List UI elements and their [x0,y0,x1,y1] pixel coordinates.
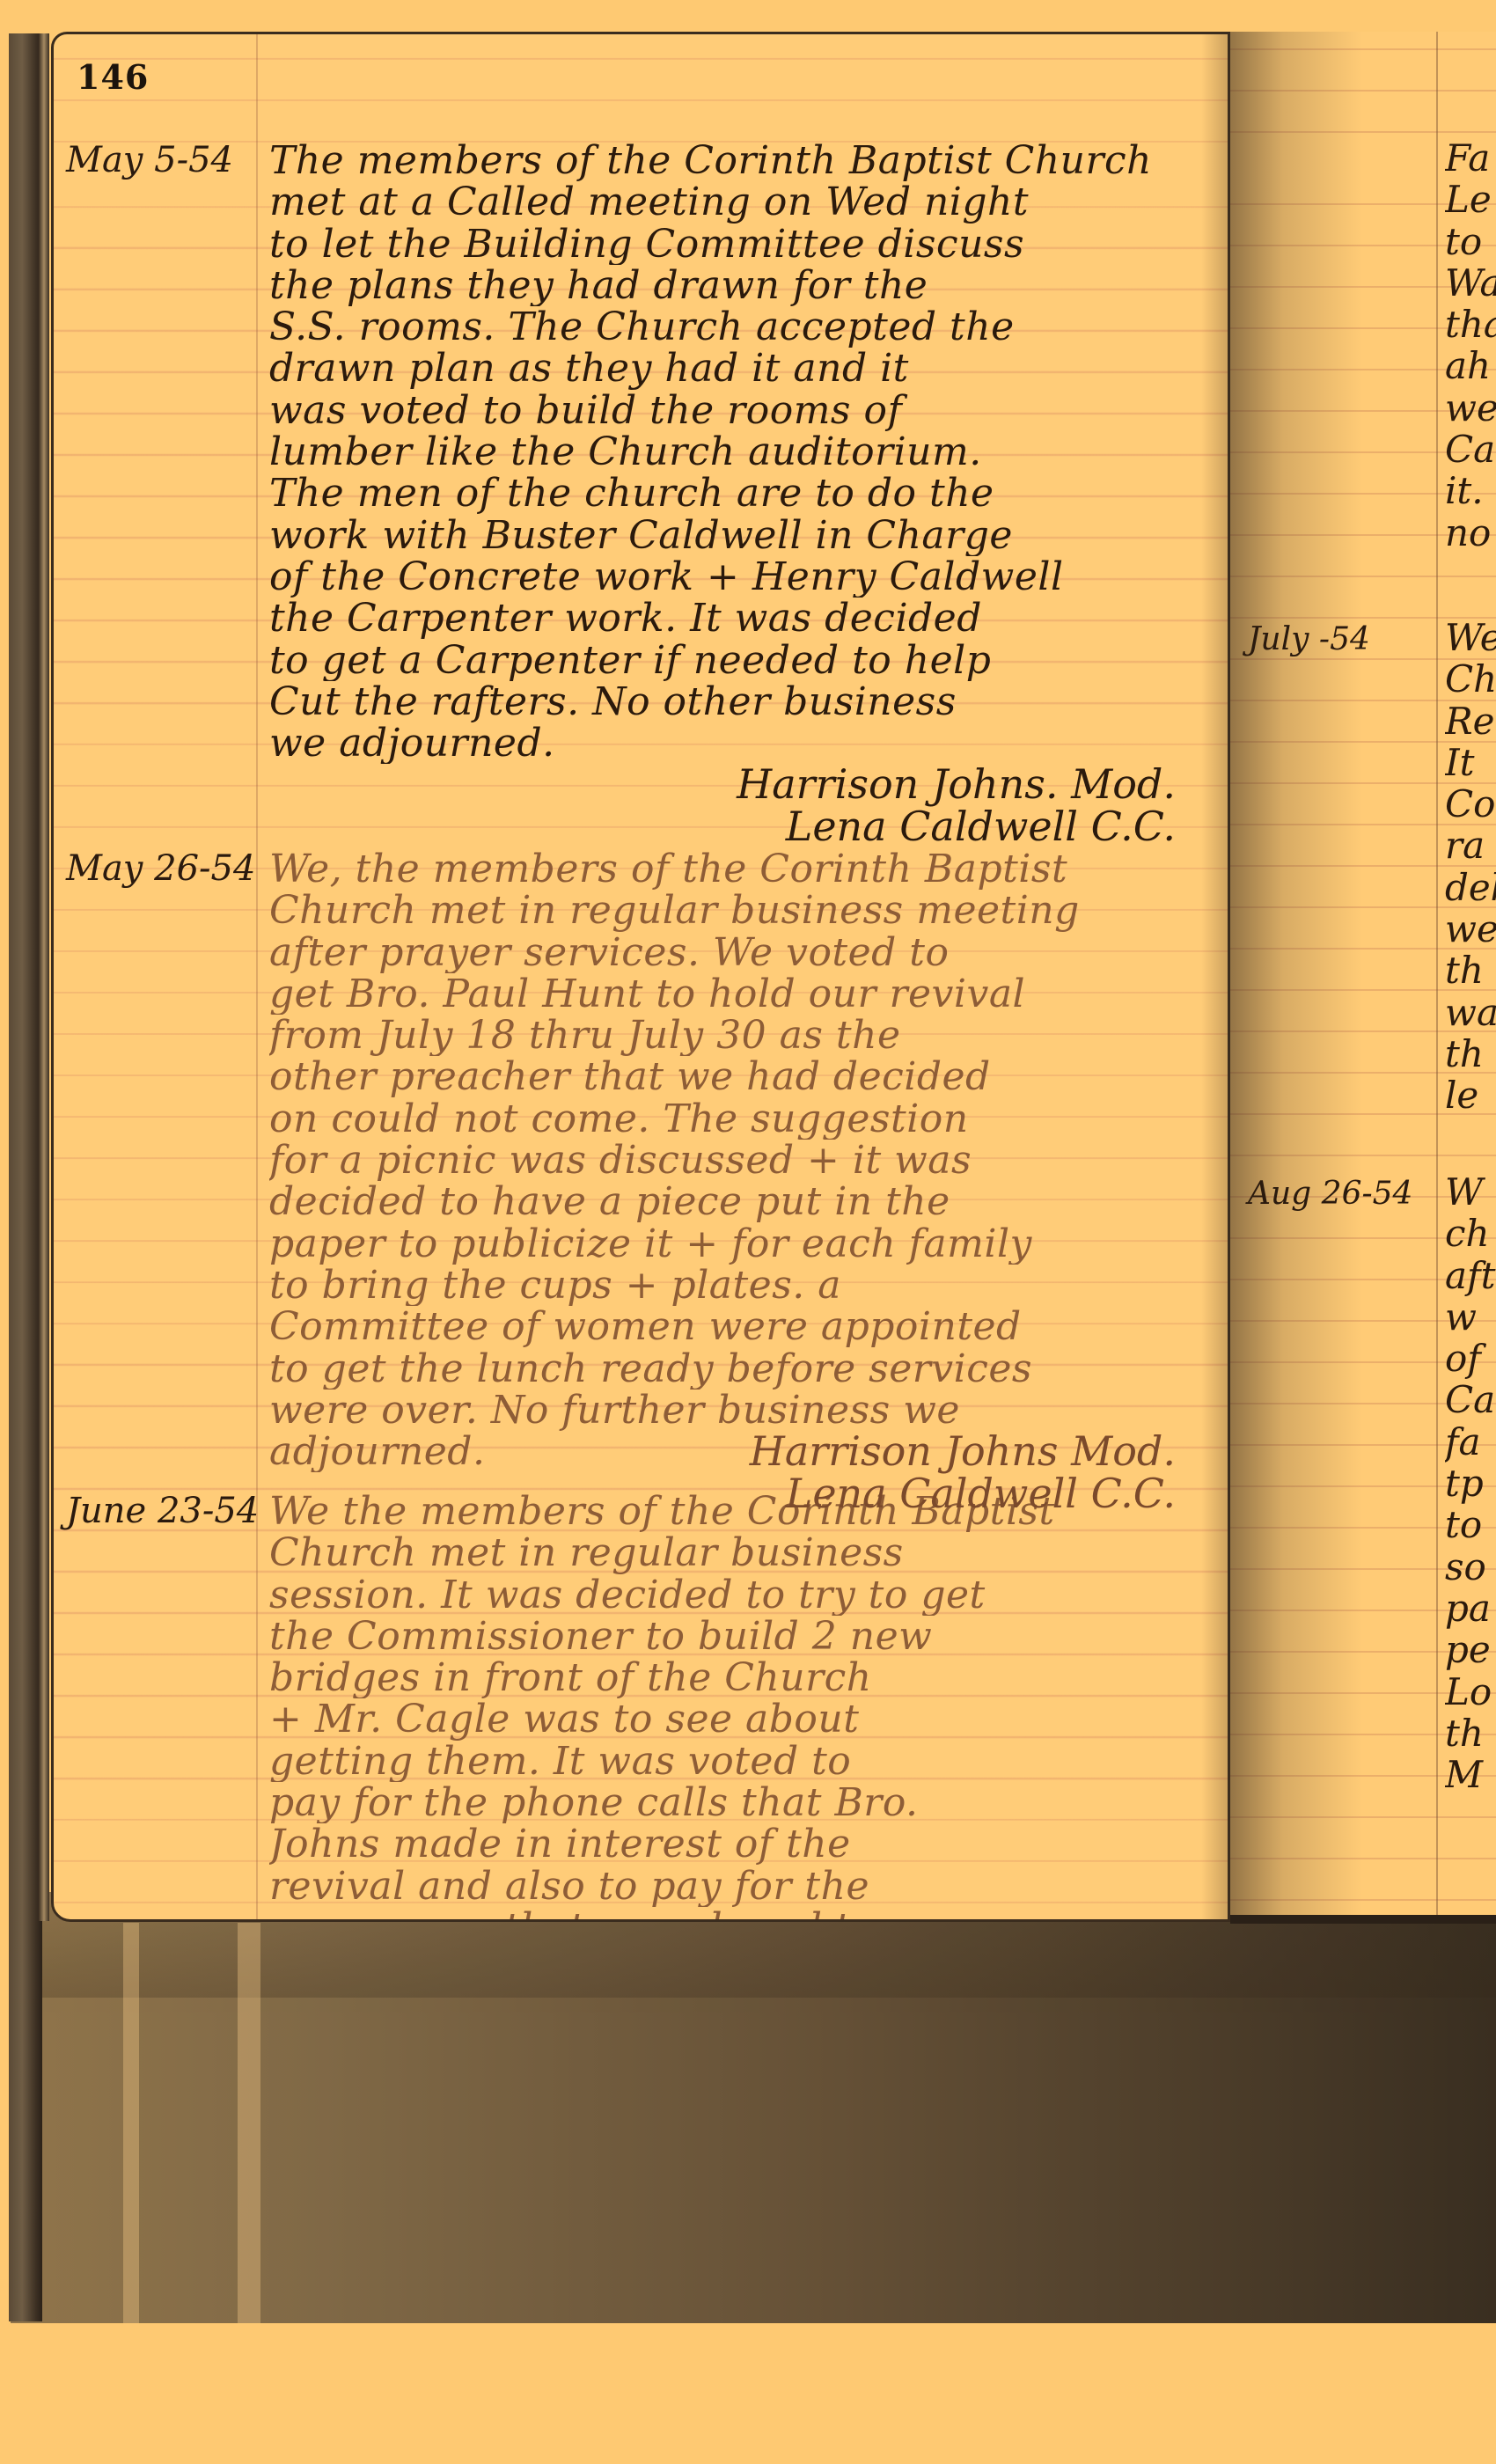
text-fragment: it. [1445,470,1496,511]
text-fragment: Chu [1445,658,1496,700]
date-margin-line [256,34,258,1919]
adjacent-entry-fragment: W ch aft w of Ca fa tp to so pa pe Lo th… [1445,1171,1496,1795]
text-fragment: so [1445,1546,1496,1588]
entry-line: + Mr. Cagle was to see about [269,1698,1193,1740]
text-fragment: Rep [1445,700,1496,742]
entry-line: of the Concrete work + Henry Caldwell [269,556,1193,598]
shadow-highlight-stripe [123,1923,139,2323]
entry-line: S.S. rooms. The Church accepted the [269,306,1193,348]
text-fragment: le [1445,1074,1496,1116]
adjacent-entry-date: Aug 26-54 [1248,1176,1412,1212]
entry-date: May 5-54 [66,140,260,180]
entry-line: the plans they had drawn for the [269,265,1193,306]
text-fragment: th [1445,950,1496,991]
text-fragment: M [1445,1754,1496,1795]
text-fragment: Co [1445,783,1496,825]
entry-line: met at a Called meeting on Wed night [269,181,1193,223]
text-fragment: tha [1445,304,1496,345]
text-fragment: Fa [1445,137,1496,179]
text-fragment: pe [1445,1629,1496,1670]
text-fragment: th [1445,1033,1496,1074]
entry-line: We, the members of the Corinth Baptist [269,848,1193,890]
text-fragment: wa [1445,992,1496,1033]
entry-line: from July 18 thru July 30 as the [269,1015,1193,1056]
entry-line: were over. No further business we [269,1390,1193,1431]
text-fragment: th [1445,1712,1496,1754]
entry-line: Church met in regular business [269,1532,1193,1573]
book-shadow [11,1892,1496,2323]
gutter-shadow [1230,32,1362,1924]
entry-line: work with Buster Caldwell in Charge [269,515,1193,556]
entry-date: May 26-54 [66,848,260,889]
entry-line: The men of the church are to do the [269,473,1193,514]
entry-line: decided to have a piece put in the [269,1181,1193,1222]
ledger-page: 146 May 5-54 The members of the Corinth … [51,32,1230,1922]
text-fragment: to [1445,221,1496,262]
entry-line: Church met in regular business meeting [269,890,1193,931]
text-fragment: fa [1445,1421,1496,1463]
scan-margin-bottom [0,2323,1496,2464]
adjacent-entry-date: July -54 [1248,621,1370,657]
text-fragment: no [1445,512,1496,554]
entry-body: We the members of the Corinth Baptist Ch… [269,1491,1193,1922]
text-fragment: w [1445,1296,1496,1338]
text-fragment: Wa [1445,262,1496,304]
entry-line: The members of the Corinth Baptist Churc… [269,140,1193,181]
entry-line: the Commissioner to build 2 new [269,1616,1193,1657]
adjacent-ledger-page: Fa Le to Wa tha ah we Ca it. no July -54… [1230,32,1496,1924]
text-fragment: It [1445,742,1496,783]
scan-margin-top [0,0,1496,32]
book-binding [9,33,42,2321]
entry-line: Committee of women were appointed [269,1306,1193,1347]
entry-line: pay for the phone calls that Bro. [269,1782,1193,1823]
entry-body: We, the members of the Corinth Baptist C… [269,848,1193,1514]
adjacent-entry-fragment: We Chu Rep It Co ra dek we th wa th le [1445,617,1496,1117]
entry-line: other preacher that we had decided [269,1056,1193,1097]
page-bottom-edge [1230,1915,1496,1924]
date-margin-line [1436,32,1438,1924]
entry-line: paper cups that were bought [269,1907,1193,1922]
entry-line: to bring the cups + plates. a [269,1265,1193,1306]
page-stack-edge [39,33,49,1921]
entry-line: to get the lunch ready before services [269,1348,1193,1390]
text-fragment: to [1445,1504,1496,1545]
text-fragment: ch [1445,1213,1496,1254]
entry-line: session. It was decided to try to get [269,1574,1193,1616]
text-fragment: Le [1445,179,1496,220]
text-fragment: of [1445,1338,1496,1379]
text-fragment: aft [1445,1255,1496,1296]
shadow-highlight-stripe [238,1923,260,2323]
entry-line: drawn plan as they had it and it [269,348,1193,389]
entry-line: We the members of the Corinth Baptist [269,1491,1193,1532]
text-fragment: W [1445,1171,1496,1213]
text-fragment: Lo [1445,1671,1496,1712]
entry-line: get Bro. Paul Hunt to hold our revival [269,973,1193,1015]
entry-line: Cut the rafters. No other business [269,681,1193,722]
entry-line: Johns made in interest of the [269,1823,1193,1865]
page-number: 146 [77,57,149,97]
page-edge-shade [1201,34,1228,1919]
text-fragment: Ca [1445,1379,1496,1420]
text-fragment: we [1445,908,1496,950]
text-fragment: we [1445,387,1496,429]
entry-line: to get a Carpenter if needed to help [269,640,1193,681]
entry-body: The members of the Corinth Baptist Churc… [269,140,1193,847]
entry-line: was voted to build the rooms of [269,390,1193,431]
entry-line: for a picnic was discussed + it was [269,1140,1193,1181]
entry-line: getting them. It was voted to [269,1741,1193,1782]
entry-line: paper to publicize it + for each family [269,1223,1193,1265]
text-fragment: We [1445,617,1496,658]
entry-line: bridges in front of the Church [269,1657,1193,1698]
moderator-signature: Harrison Johns. Mod. [269,764,1193,805]
text-fragment: tp [1445,1463,1496,1504]
entry-line: lumber like the Church auditorium. [269,431,1193,473]
entry-line: the Carpenter work. It was decided [269,598,1193,639]
text-fragment: ra [1445,825,1496,866]
entry-line: we adjourned. [269,722,1193,764]
entry-line: after prayer services. We voted to [269,932,1193,973]
text-fragment: dek [1445,867,1496,908]
entry-date: June 23-54 [66,1491,260,1531]
entry-line: revival and also to pay for the [269,1866,1193,1907]
clerk-signature: Lena Caldwell C.C. [269,806,1193,847]
adjacent-entry-fragment: Fa Le to Wa tha ah we Ca it. no [1445,137,1496,554]
text-fragment: Ca [1445,429,1496,470]
entry-line: adjourned. [269,1431,1193,1472]
text-fragment: pa [1445,1588,1496,1629]
text-fragment: ah [1445,345,1496,386]
entry-line: on could not come. The suggestion [269,1098,1193,1140]
entry-line: to let the Building Committee discuss [269,224,1193,265]
